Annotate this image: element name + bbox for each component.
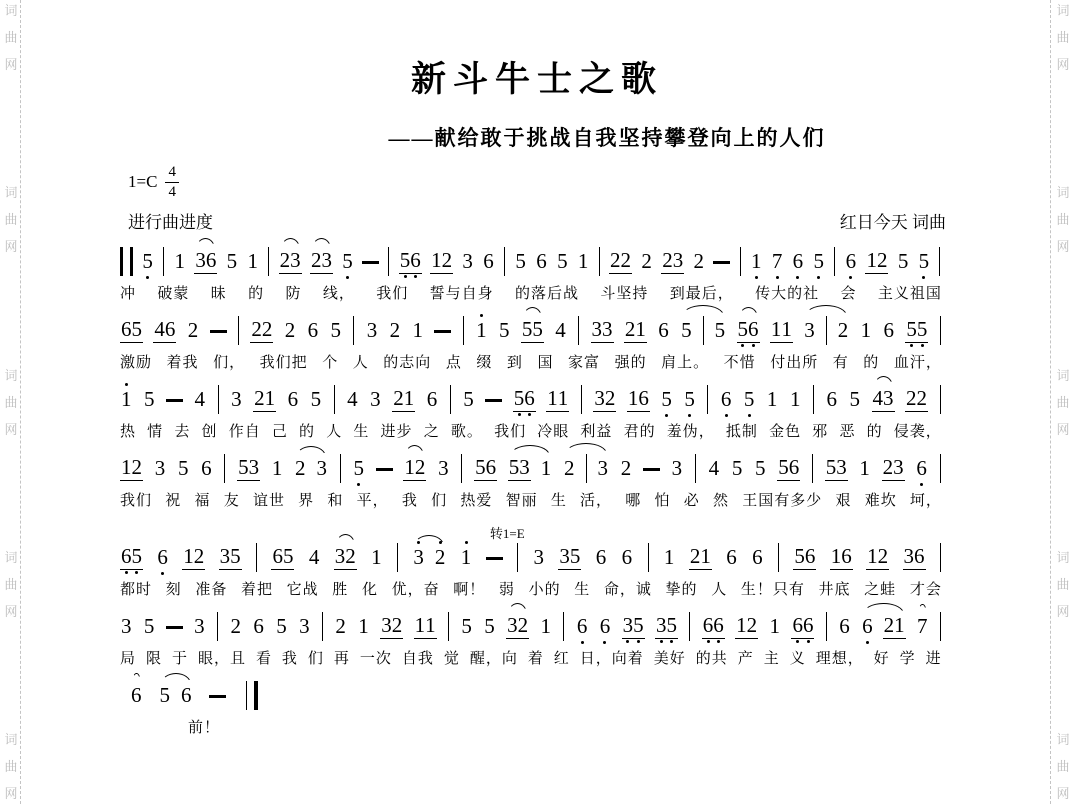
watermark-char: 词: [4, 551, 17, 564]
left-border-dashed-line: [20, 0, 21, 804]
note-digit: 1: [867, 546, 878, 567]
barline: [448, 612, 449, 641]
barline: [322, 612, 323, 641]
final-double-barline: [246, 681, 258, 710]
slur-tie-arc: 32: [506, 614, 529, 639]
lyric-word: 热: [120, 420, 136, 441]
note: 5: [731, 457, 744, 481]
lyric-word: 人: [326, 420, 342, 441]
note-digit: 3: [893, 457, 904, 478]
lyric-word: 理想，: [816, 647, 864, 668]
watermark-char: 曲: [1056, 760, 1069, 773]
watermark-text: 词曲网: [1056, 4, 1069, 71]
lyric-word: 井底: [819, 578, 851, 599]
note-digit: 1: [404, 388, 415, 409]
note: 5: [660, 388, 673, 412]
lyric-word: 生: [353, 420, 369, 441]
duration-dash: [166, 399, 183, 401]
lyric-word: 优，奋: [392, 578, 440, 599]
note-digit: 5: [461, 616, 472, 637]
lyrics-row: 前！: [188, 716, 942, 737]
note: 3: [316, 457, 329, 481]
note: 1: [540, 457, 553, 481]
note-digit: 2: [747, 615, 758, 636]
lyric-word: 的志向: [383, 351, 431, 372]
lyric-word: 它战: [287, 578, 319, 599]
lyric-word: 祝: [165, 489, 181, 510]
note: 6: [792, 250, 805, 274]
note: 66: [702, 614, 725, 639]
lyric-word: 热爱: [460, 489, 492, 510]
lyric-word: 肩上。: [661, 351, 709, 372]
lyric-word: 昧: [211, 282, 227, 303]
note-digit: 5: [400, 250, 411, 271]
lyric-word: 个: [322, 351, 338, 372]
note-digit: 1: [736, 615, 747, 636]
note-digit: 5: [475, 457, 486, 478]
watermark-char: 曲: [1056, 578, 1069, 591]
note-digit: 6: [157, 547, 168, 568]
lyric-word: 人: [353, 351, 369, 372]
note-digit: 2: [390, 320, 401, 341]
watermark-char: 曲: [4, 213, 17, 226]
lyric-word: 的共: [696, 647, 728, 668]
note: 21: [883, 614, 906, 639]
note: 32: [506, 614, 529, 639]
note-digit: 2: [906, 388, 917, 409]
lyric-word: 胜: [332, 578, 348, 599]
note: 16: [627, 387, 650, 412]
note-digit: 2: [311, 250, 322, 271]
note-digit: 4: [555, 320, 566, 341]
lyric-word: 的: [248, 282, 264, 303]
note-digit: 2: [442, 250, 453, 271]
lyric-word: 的: [867, 420, 883, 441]
note-digit: 1: [751, 251, 762, 272]
note: 5: [330, 319, 343, 343]
note-digit: 2: [435, 547, 446, 568]
note: 1: [860, 319, 873, 343]
note: 2: [434, 546, 447, 570]
note: 1: [475, 319, 488, 343]
note: 4: [194, 388, 207, 412]
note: 53: [508, 456, 531, 481]
note-digit: 3: [673, 250, 684, 271]
note-digit: 6: [596, 547, 607, 568]
lyric-word: 于: [172, 647, 188, 668]
note-digit: 3: [194, 616, 205, 637]
note: 53: [237, 456, 260, 481]
barline: [217, 612, 218, 641]
barline: [334, 385, 335, 414]
lyric-word: 和: [327, 489, 343, 510]
slur-tie-arc: 7: [916, 615, 929, 639]
time-signature: 4 4: [165, 164, 179, 200]
lyric-word: 生: [551, 489, 567, 510]
note: 55: [905, 318, 928, 343]
barline: [695, 454, 696, 483]
barline: [353, 316, 354, 345]
note-digit: 3: [231, 389, 242, 410]
lyric-word: 才会: [910, 578, 942, 599]
lyrics-row: 冲破蒙昧的防线，我们誓与自身的落后战斗坚持到最后，传大的社会主义祖国: [120, 282, 942, 303]
note-digit: 5: [814, 251, 825, 272]
note-digit: 5: [515, 251, 526, 272]
note-digit: 6: [272, 546, 283, 567]
lyric-word: 付出所: [770, 351, 818, 372]
watermark-char: 词: [1056, 369, 1069, 382]
note-digit: 5: [283, 546, 294, 567]
note: 66: [791, 614, 814, 639]
lyric-word: 到: [507, 351, 523, 372]
slur-tie-arc: 531: [508, 456, 553, 481]
watermark-char: 曲: [4, 31, 17, 44]
notation-row: 6561235654321321335661216656161236: [120, 543, 942, 572]
slur-tie-arc: 23: [294, 457, 328, 481]
lyric-word: 弱: [499, 578, 515, 599]
note: 6: [426, 388, 439, 412]
note: 11: [770, 318, 793, 343]
tempo-marking: 进行曲进度: [128, 208, 213, 233]
note-digit: 3: [592, 319, 603, 340]
lyric-word: 国: [537, 351, 553, 372]
note-digit: 1: [894, 615, 905, 636]
note-digit: 2: [335, 616, 346, 637]
note-digit: 1: [578, 251, 589, 272]
note-digit: 6: [846, 251, 857, 272]
note: 3: [366, 319, 379, 343]
lyric-word: 人: [711, 578, 727, 599]
lyric-word: 主义祖国: [878, 282, 942, 303]
note-digit: 1: [121, 457, 132, 478]
note-digit: 3: [370, 389, 381, 410]
notation-row: 353265321321155321663535661216666217: [120, 612, 942, 641]
note-digit: 1: [767, 389, 778, 410]
lyric-word: 都时: [120, 578, 152, 599]
note-digit: 2: [518, 615, 529, 636]
note-digit: 3: [121, 616, 132, 637]
note: 56: [737, 318, 760, 343]
note-digit: 1: [635, 319, 646, 340]
note: 5: [754, 457, 767, 481]
note-digit: 5: [484, 616, 495, 637]
watermark-char: 曲: [1056, 396, 1069, 409]
note-digit: 1: [790, 389, 801, 410]
note: 12: [120, 456, 143, 481]
note: 32: [380, 614, 403, 639]
score-line: 353265321321155321663535661216666217局限于眼…: [120, 612, 942, 668]
begin-double-barline: [120, 247, 133, 276]
watermark-text: 词曲网: [1056, 733, 1069, 800]
time-signature-numerator: 4: [165, 164, 179, 183]
note-digit: 5: [738, 319, 749, 340]
lyric-word: 血汗，: [894, 351, 942, 372]
note-digit: 1: [174, 251, 185, 272]
lyric-word: 小的: [529, 578, 561, 599]
note: 2: [693, 250, 706, 274]
duration-dash: [713, 261, 730, 263]
note-digit: 3: [602, 319, 613, 340]
note-digit: 6: [792, 615, 803, 636]
barline: [578, 316, 579, 345]
note: 6: [915, 457, 928, 481]
note-digit: 7: [772, 251, 783, 272]
note-digit: 5: [132, 319, 143, 340]
note: 56: [793, 545, 816, 570]
note-digit: 6: [524, 388, 535, 409]
barline: [388, 247, 389, 276]
lyric-word: 我们把: [260, 351, 308, 372]
note-digit: 2: [621, 250, 632, 271]
duration-dash: [376, 468, 393, 470]
note-digit: 1: [431, 250, 442, 271]
lyric-word: 进步: [381, 420, 413, 441]
slur-tie-arc: 32: [334, 545, 357, 570]
slur-tie-arc: 56: [737, 318, 760, 343]
barline: [504, 247, 505, 276]
note-digit: 2: [345, 546, 356, 567]
notation-row: 1235653123512356531232345556531236: [120, 454, 942, 483]
note: 56: [474, 456, 497, 481]
note: 36: [903, 545, 926, 570]
watermark-char: 曲: [4, 578, 17, 591]
lyric-word: 我们: [376, 282, 408, 303]
note-digit: 5: [463, 389, 474, 410]
note-digit: 5: [570, 546, 581, 567]
lyric-word: 醒，向: [470, 647, 518, 668]
lyric-word: 智丽: [506, 489, 538, 510]
note-digit: 1: [541, 616, 552, 637]
slur-tie-arc: 55: [680, 316, 726, 345]
note-digit: 5: [917, 319, 928, 340]
barline: [813, 385, 814, 414]
lyric-word: 之蛙: [864, 578, 896, 599]
note-digit: 5: [509, 457, 520, 478]
note: 12: [735, 614, 758, 639]
note-digit: 6: [841, 546, 852, 567]
note: 6: [725, 546, 738, 570]
key-and-time-signature: 1=C 4 4: [128, 164, 1074, 200]
note: 3: [437, 457, 450, 481]
note-digit: 1: [771, 319, 782, 340]
note: 6: [287, 388, 300, 412]
note: 5: [743, 388, 756, 412]
note: 5: [143, 388, 156, 412]
barline: [256, 543, 257, 572]
note: 65: [271, 545, 294, 570]
note: 7: [916, 615, 929, 639]
note-digit: 6: [826, 389, 837, 410]
lyrics-row: 局限于眼，且看我们再一次自我觉醒，向着红日，向着美好的共产主义理想，好学进: [120, 647, 942, 668]
note-digit: 5: [276, 616, 287, 637]
note-digit: 3: [220, 546, 231, 567]
lyric-word: 们: [308, 647, 324, 668]
note-digit: 2: [564, 458, 575, 479]
note: 5: [310, 388, 323, 412]
note: 65: [120, 318, 143, 343]
lyric-word: 的: [299, 420, 315, 441]
note: 1: [173, 250, 186, 274]
lyric-word: 抵制: [726, 420, 758, 441]
barline: [740, 247, 741, 276]
note: 3: [298, 615, 311, 639]
note-digit: 1: [859, 458, 870, 479]
duration-dash: [486, 557, 503, 559]
note-digit: 6: [577, 616, 588, 637]
barline: [940, 385, 941, 414]
watermark-char: 网: [1056, 58, 1069, 71]
slur-tie-arc: 36: [194, 249, 217, 274]
lyric-word: 眼，且: [198, 647, 246, 668]
lyric-word: 坷，: [910, 489, 942, 510]
note-digit: 6: [793, 251, 804, 272]
lyric-word: 限: [146, 647, 162, 668]
lyric-word: 生！只有: [741, 578, 805, 599]
note-digit: 2: [694, 251, 705, 272]
note-digit: 6: [862, 616, 873, 637]
note: 6: [621, 546, 634, 570]
lyric-word: 我: [402, 489, 418, 510]
note-digit: 1: [265, 388, 276, 409]
lyric-word: 红: [554, 647, 570, 668]
slur-tie-arc: 621: [861, 614, 906, 639]
note: 46: [153, 318, 176, 343]
note: 33: [591, 318, 614, 343]
note: 5: [462, 388, 475, 412]
note-digit: 2: [625, 319, 636, 340]
note-digit: 4: [347, 389, 358, 410]
note-digit: 3: [559, 546, 570, 567]
score-line: 1235653123512356531232345556531236我们祝福友谊…: [120, 454, 942, 510]
note: 1: [663, 546, 676, 570]
barline: [586, 454, 587, 483]
note: 23: [661, 249, 684, 274]
note-digit: 1: [476, 320, 487, 341]
note-digit: 6: [726, 547, 737, 568]
note-digit: 3: [381, 615, 392, 636]
note-digit: 2: [690, 546, 701, 567]
lyric-word: 冷眼: [537, 420, 569, 441]
note: 21: [689, 545, 712, 570]
slur-tie-arc: 56: [159, 684, 193, 708]
note-digit: 5: [744, 389, 755, 410]
lyric-word: 然: [713, 489, 729, 510]
note: 12: [430, 249, 453, 274]
note-digit: 5: [499, 320, 510, 341]
note: 3: [154, 457, 167, 481]
lyric-word: 谊世: [253, 489, 285, 510]
note: 1: [540, 615, 553, 639]
note-digit: 3: [321, 250, 332, 271]
note-digit: 2: [132, 457, 143, 478]
note: 4: [708, 457, 721, 481]
note-digit: 1: [628, 388, 639, 409]
duration-dash: [210, 330, 227, 332]
lyric-word: 产: [738, 647, 754, 668]
tempo-credit-row: 进行曲进度 红日今天 词曲: [128, 208, 946, 233]
lyric-word: 必: [684, 489, 700, 510]
duration-dash: [362, 261, 379, 263]
lyric-word: 君的: [624, 420, 656, 441]
lyric-word: 活，: [580, 489, 612, 510]
barline: [268, 247, 269, 276]
note: 21: [253, 387, 276, 412]
right-border-dashed-line: [1050, 0, 1051, 804]
note-digit: 5: [142, 251, 153, 272]
score-line: 1543216543216556113216556511654322热情去创作自…: [120, 385, 942, 441]
note: 4: [346, 388, 359, 412]
lyric-word: 家富: [568, 351, 600, 372]
note: 56: [399, 249, 422, 274]
note: 1: [357, 615, 370, 639]
note: 2: [284, 319, 297, 343]
note: 6: [156, 546, 169, 570]
note-digit: 6: [805, 546, 816, 567]
note-digit: 5: [666, 615, 677, 636]
note-digit: 2: [621, 458, 632, 479]
lyrics-row: 热情去创作自己的人生进步之歌。我们冷眼利益君的羞伪，抵制金色邪恶的侵袭，: [120, 420, 942, 441]
note-digit: 2: [262, 319, 273, 340]
note: 5: [159, 684, 172, 708]
sheet-music-page: 词曲网词曲网词曲网词曲网词曲网 词曲网词曲网词曲网词曲网词曲网 新斗牛士之歌 —…: [0, 0, 1074, 804]
score-line: 656前！: [130, 681, 942, 737]
note: 4: [308, 546, 321, 570]
barline: [940, 316, 941, 345]
song-title: 新斗牛士之歌: [0, 52, 1074, 102]
note-digit: 3: [598, 458, 609, 479]
note-digit: 3: [904, 546, 915, 567]
note-digit: 7: [917, 616, 928, 637]
note: 3: [532, 546, 545, 570]
note-digit: 1: [415, 615, 426, 636]
note-digit: 2: [254, 388, 265, 409]
lyric-word: 斗坚持: [600, 282, 648, 303]
note: 35: [655, 614, 678, 639]
lyric-word: 会: [841, 282, 857, 303]
note: 3: [461, 250, 474, 274]
barline: [463, 316, 464, 345]
lyric-word: 义: [790, 647, 806, 668]
note: 35: [622, 614, 645, 639]
note: 6: [307, 319, 320, 343]
lyric-word: 的: [863, 351, 879, 372]
note-digit: 6: [483, 251, 494, 272]
note-digit: 2: [877, 250, 888, 271]
lyric-word: 创: [202, 420, 218, 441]
watermark-text: 词曲网: [4, 4, 17, 71]
note: 3: [369, 388, 382, 412]
note: 2: [640, 250, 653, 274]
note: 1: [769, 615, 782, 639]
note: 56: [513, 387, 536, 412]
note-digit: 2: [392, 615, 403, 636]
note: 6: [130, 684, 143, 708]
note: 2: [837, 319, 850, 343]
slur-tie-arc: 55: [521, 318, 544, 343]
note-digit: 2: [838, 320, 849, 341]
note: 6: [482, 250, 495, 274]
note-digit: 6: [121, 546, 132, 567]
note: 55: [521, 318, 544, 343]
lyric-word: 刻: [166, 578, 182, 599]
lyric-word: 利益: [580, 420, 612, 441]
barline: [940, 612, 941, 641]
note-digit: 6: [201, 458, 212, 479]
note-digit: 5: [849, 389, 860, 410]
watermark-char: 词: [4, 369, 17, 382]
note-digit: 3: [367, 320, 378, 341]
lyric-word: 我: [282, 647, 298, 668]
